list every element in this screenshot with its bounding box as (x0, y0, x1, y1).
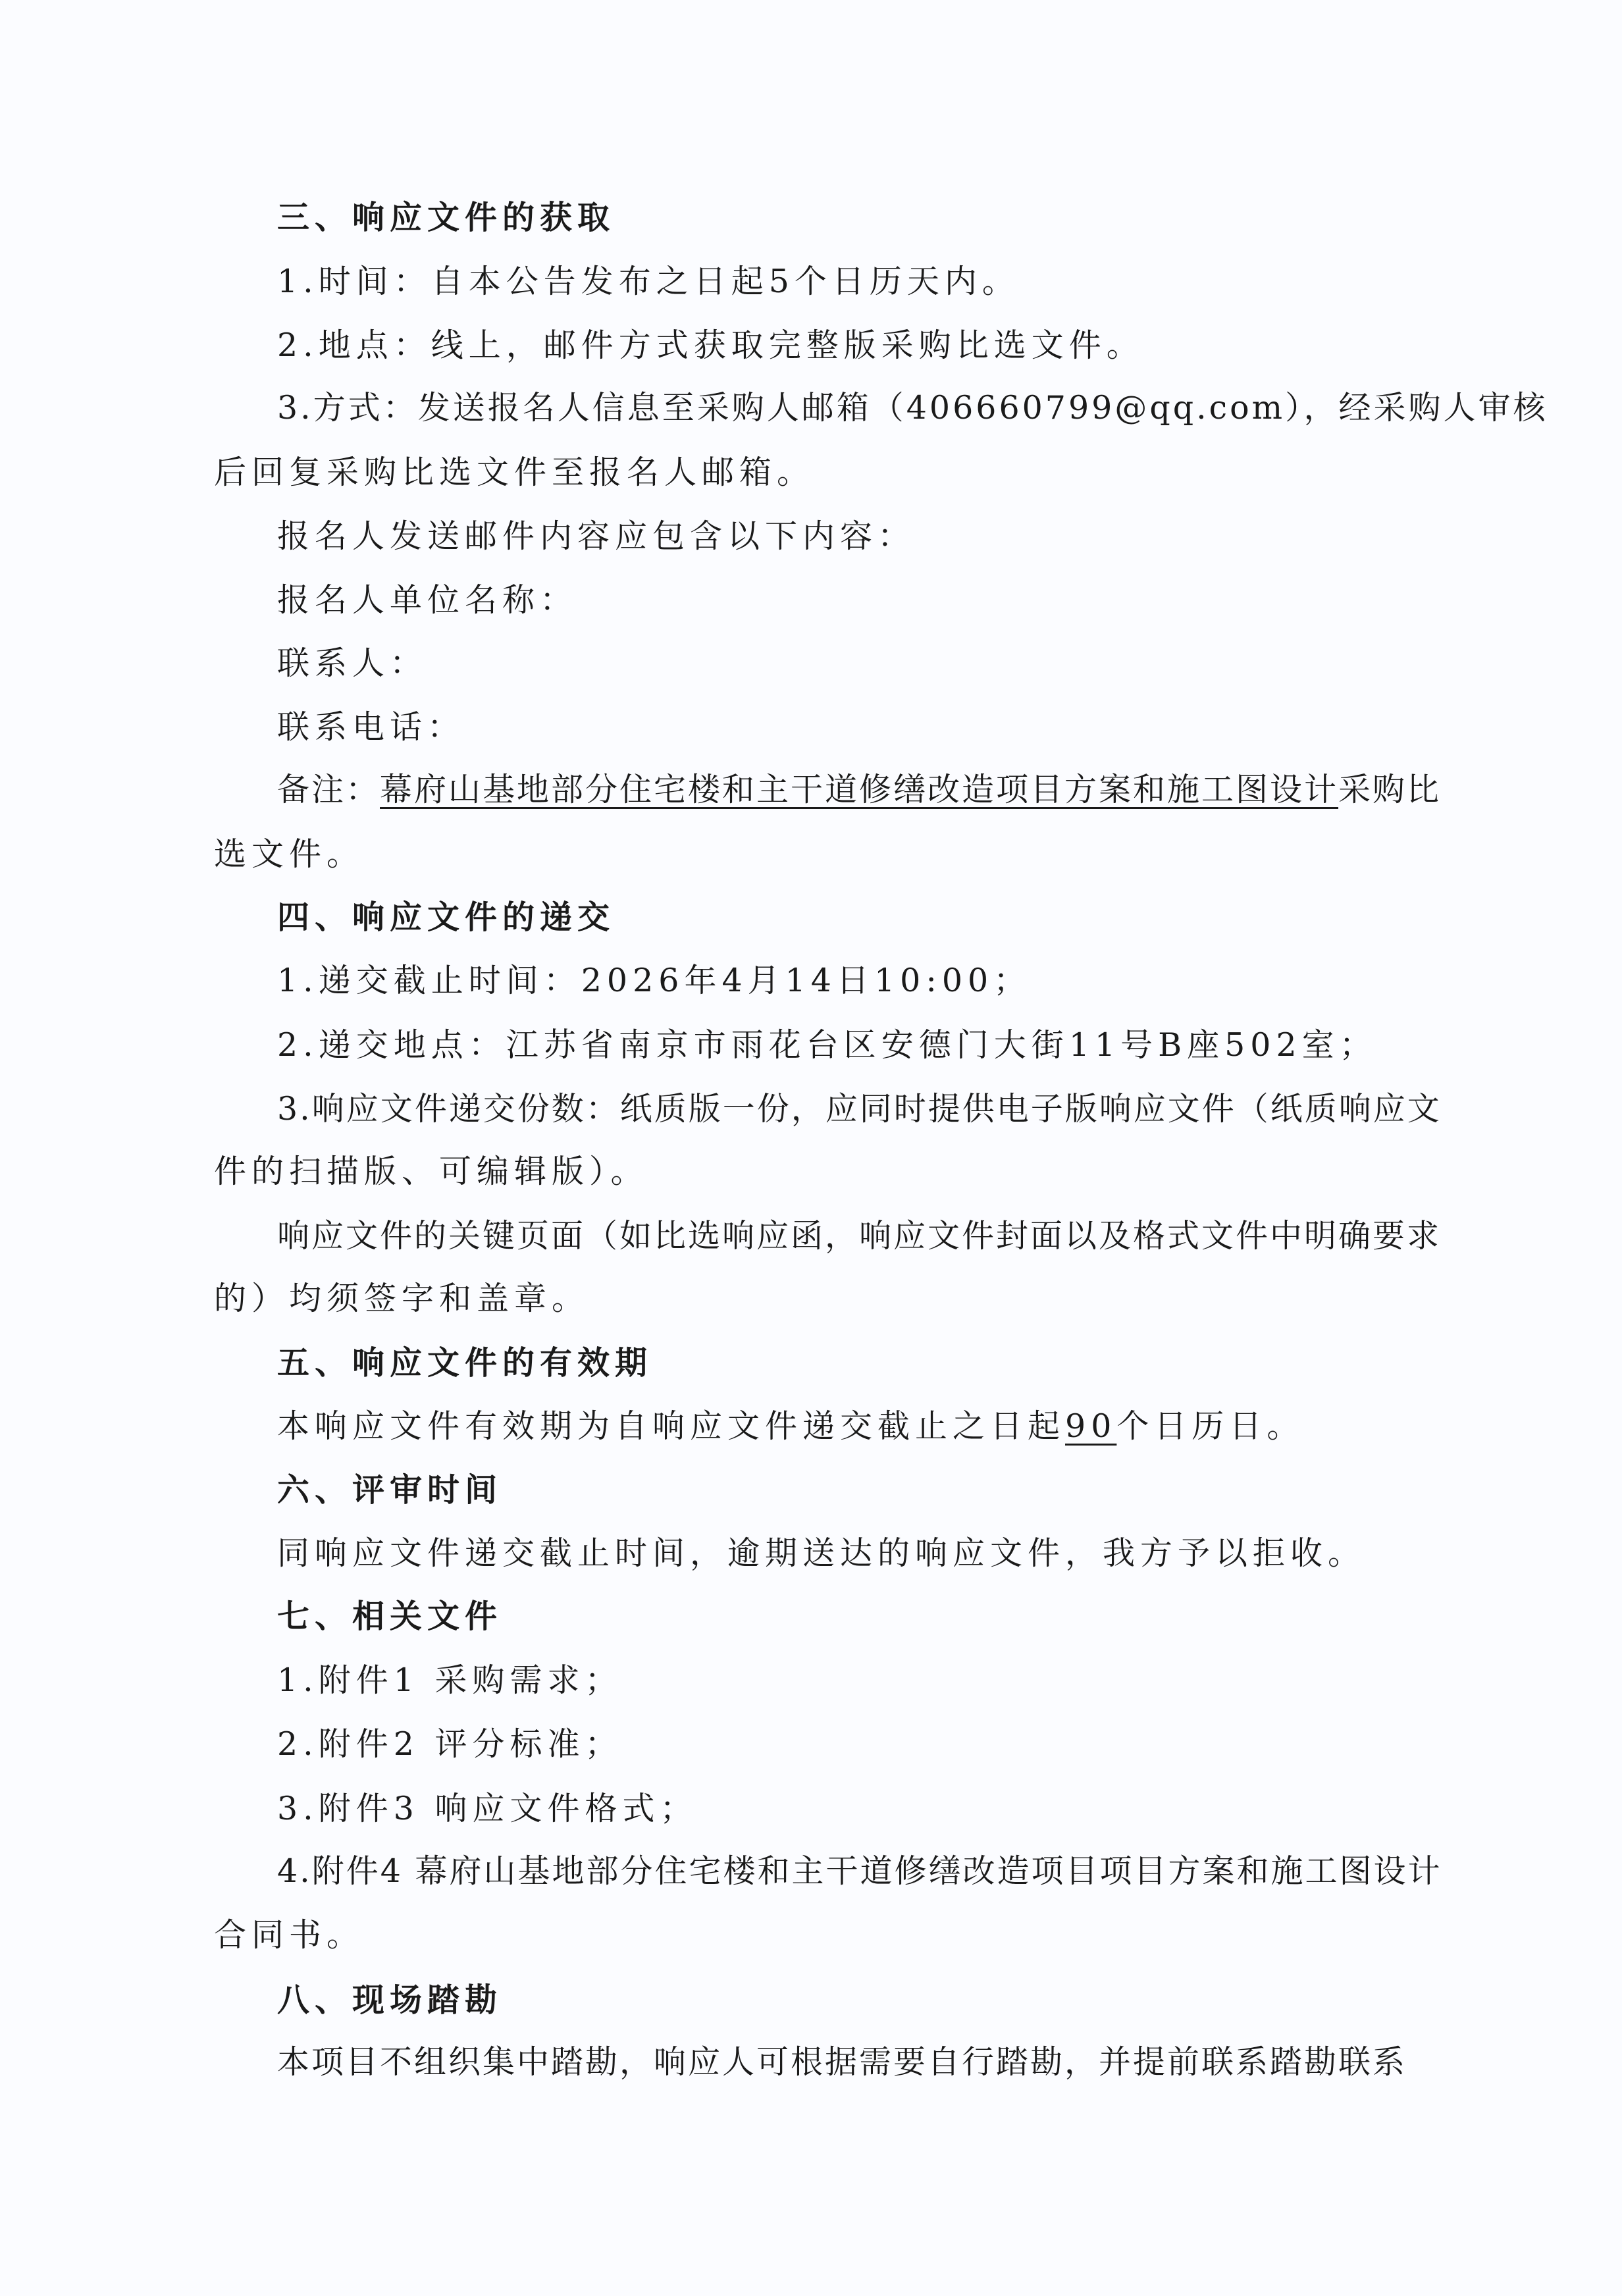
note-tail: 采购比 (1338, 771, 1441, 808)
validity-text-after: 个日历日。 (1116, 1407, 1304, 1445)
section-4-heading: 四、响应文件的递交 (277, 885, 615, 949)
email-content-intro: 报名人发送邮件内容应包含以下内容： (277, 505, 915, 568)
s3-item-time: 1.时间：自本公告发布之日起5个日历天内。 (277, 250, 1020, 313)
s4-item-copies-line1: 3.响应文件递交份数：纸质版一份，应同时提供电子版响应文件（纸质响应文 (277, 1078, 1442, 1141)
section-6-heading: 六、评审时间 (277, 1458, 502, 1521)
validity-text-before: 本响应文件有效期为自响应文件递交截止之日起 (277, 1407, 1065, 1445)
s3-note-line1: 备注：幕府山基地部分住宅楼和主干道修缮改造项目方案和施工图设计采购比 (277, 758, 1441, 822)
note-label: 备注： (277, 771, 380, 808)
s3-item-location: 2.地点：线上，邮件方式获取完整版采购比选文件。 (277, 314, 1144, 377)
field-unit-name: 报名人单位名称： (277, 569, 577, 632)
s3-item-method-line1: 3.方式：发送报名人信息至采购人邮箱（406660799@qq.com），经采购… (277, 377, 1548, 440)
s7-attachment-4-line1: 4.附件4 幕府山基地部分住宅楼和主干道修缮改造项目项目方案和施工图设计 (277, 1840, 1442, 1903)
s4-key-pages-line2: 的）均须签字和盖章。 (214, 1267, 589, 1330)
s3-item-method-line2: 后回复采购比选文件至报名人邮箱。 (214, 441, 814, 504)
s5-validity-text: 本响应文件有效期为自响应文件递交截止之日起90个日历日。 (277, 1395, 1304, 1458)
s7-attachment-4-line2: 合同书。 (214, 1904, 364, 1967)
section-8-heading: 八、现场踏勘 (277, 1968, 502, 2031)
section-3-heading: 三、响应文件的获取 (277, 186, 615, 249)
s4-item-copies-line2: 件的扫描版、可编辑版）。 (214, 1140, 648, 1203)
section-5-heading: 五、响应文件的有效期 (277, 1331, 652, 1394)
s7-attachment-1: 1.附件1 采购需求； (277, 1649, 623, 1712)
section-7-heading: 七、相关文件 (277, 1584, 502, 1648)
validity-days: 90 (1065, 1407, 1116, 1445)
s4-item-address: 2.递交地点：江苏省南京市雨花台区安德门大街11号B座502室； (277, 1014, 1377, 1077)
s3-note-line2: 选文件。 (214, 823, 364, 886)
s7-attachment-3: 3.附件3 响应文件格式； (277, 1777, 698, 1840)
field-contact-person: 联系人： (277, 632, 427, 695)
s8-site-visit-line1: 本项目不组织集中踏勘，响应人可根据需要自行踏勘，并提前联系踏勘联系 (277, 2031, 1407, 2094)
field-contact-phone: 联系电话： (277, 696, 465, 759)
note-project-name: 幕府山基地部分住宅楼和主干道修缮改造项目方案和施工图设计 (380, 771, 1338, 808)
s6-review-text: 同响应文件递交截止时间，逾期送达的响应文件，我方予以拒收。 (277, 1522, 1365, 1585)
s4-key-pages-line1: 响应文件的关键页面（如比选响应函，响应文件封面以及格式文件中明确要求 (277, 1205, 1441, 1268)
s7-attachment-2: 2.附件2 评分标准； (277, 1713, 623, 1776)
s4-item-deadline: 1.递交截止时间：2026年4月14日10:00； (277, 949, 1031, 1012)
